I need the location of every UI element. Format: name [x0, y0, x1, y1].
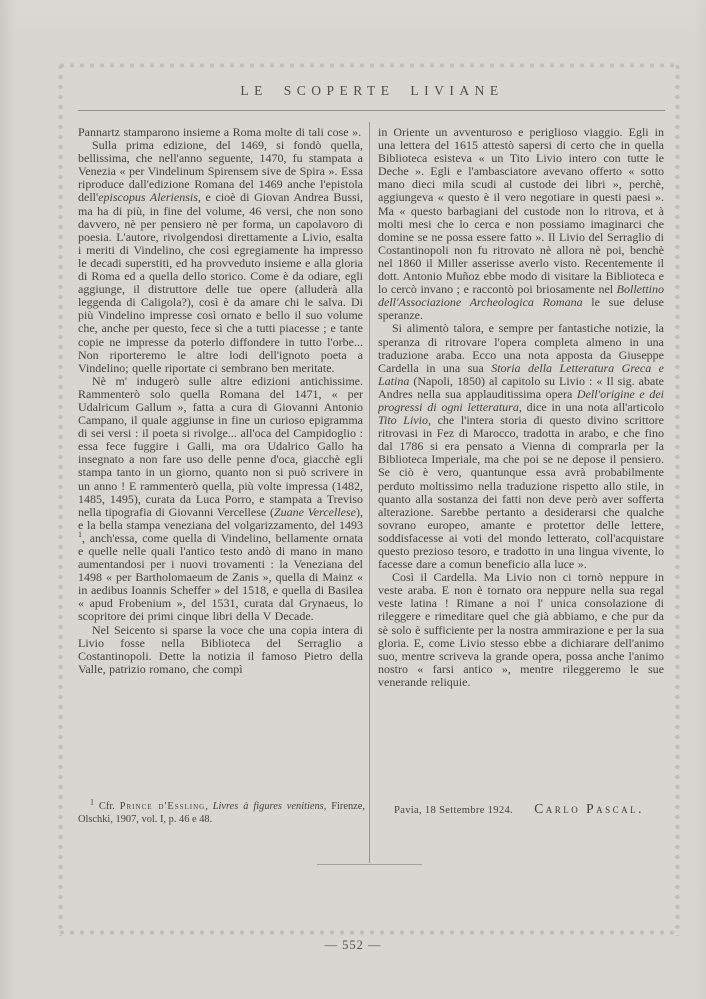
text-column-left: Pannartz stamparono insieme a Roma molte…	[78, 126, 363, 864]
column-divider-rule	[369, 122, 370, 863]
text-segment: Zuane Vercellese	[274, 505, 356, 519]
page-number: — 552 —	[0, 938, 706, 953]
text-segment: Nè m' indugerò sulle altre edizioni anti…	[78, 374, 363, 519]
paragraph: Si alimentò talora, e sempre per fantast…	[378, 322, 664, 571]
decorative-border-left	[57, 62, 64, 936]
text-segment: in Oriente un avventuroso e periglioso v…	[378, 126, 664, 296]
text-segment: Tito Livio	[378, 413, 428, 427]
footer-separator-rule	[317, 864, 422, 865]
text-segment: Livres à figures venitiens	[213, 801, 324, 812]
scanned-page: LE SCOPERTE LIVIANE Pannartz stamparono …	[0, 0, 706, 999]
paragraph: Nè m' indugerò sulle altre edizioni anti…	[78, 375, 363, 624]
text-segment: Prince d'Essling	[120, 801, 205, 812]
text-segment: Pannartz stamparono insieme a Roma molte…	[78, 126, 361, 139]
author-signature: Carlo Pascal.	[534, 801, 644, 817]
paragraph: Sulla prima edizione, del 1469, si fondò…	[78, 139, 363, 375]
header-rule	[78, 110, 665, 111]
paragraph: in Oriente un avventuroso e periglioso v…	[378, 126, 664, 322]
footnote: 1 Cfr. Prince d'Essling, Livres à figure…	[78, 800, 365, 826]
paragraph: Così il Cardella. Ma Livio non ci tornò …	[378, 571, 664, 689]
paragraph: Nel Seicento si sparse la voce che una c…	[78, 624, 363, 676]
page-header-title: LE SCOPERTE LIVIANE	[78, 83, 666, 99]
closing-row: Pavia, 18 Settembre 1924. Carlo Pascal.	[378, 801, 664, 817]
text-segment: , anch'essa, come quella di Vindelino, b…	[78, 531, 363, 624]
decorative-border-bottom	[57, 929, 679, 936]
text-segment: Cfr.	[94, 801, 120, 812]
text-segment: episcopus Aleriensis	[98, 190, 198, 204]
text-segment: , dice in una nota all'articolo	[519, 400, 664, 414]
text-column-right: in Oriente un avventuroso e periglioso v…	[378, 126, 664, 864]
decorative-border-top	[57, 62, 679, 69]
text-segment: , che l'intera storia di questo divino s…	[378, 413, 664, 571]
text-segment: Così il Cardella. Ma Livio non ci tornò …	[378, 570, 664, 689]
text-segment: ,	[205, 801, 213, 812]
dateline: Pavia, 18 Settembre 1924.	[394, 805, 513, 816]
text-segment: , e cioè di Giovan Andrea Bussi, ma ha d…	[78, 190, 363, 374]
decorative-border-right	[674, 62, 681, 936]
text-segment: Nel Seicento si sparse la voce che una c…	[78, 623, 363, 676]
